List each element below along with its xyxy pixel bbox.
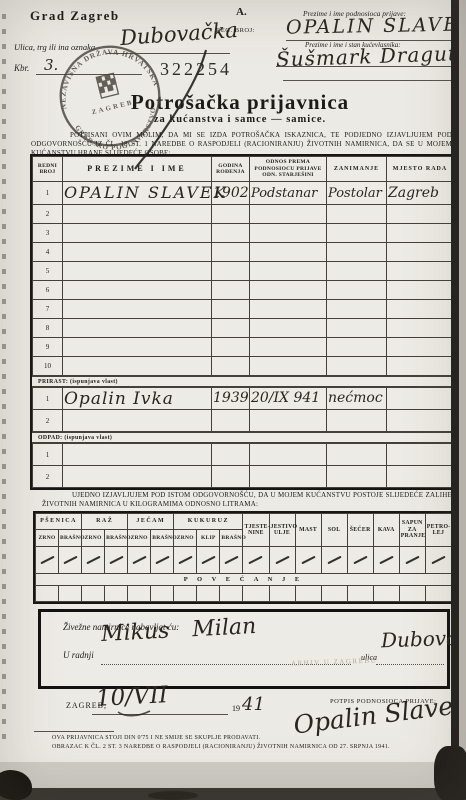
stock-value-cell: [82, 547, 105, 574]
pen-slash-mark: [379, 556, 393, 565]
ration-form-scan: Grad Zagreb A. Prezime i ime podnosioca …: [0, 0, 466, 800]
increase-value-cell: [373, 586, 399, 602]
stock-value-cell: [373, 547, 399, 574]
col-header-godina: GODINA ROĐENJA: [212, 157, 250, 182]
stock-value-cell: [128, 547, 151, 574]
city-title: Grad Zagreb: [30, 8, 120, 24]
occupation-cell: [327, 262, 387, 281]
row-number-cell: 2: [33, 410, 63, 432]
relation-cell: [250, 300, 327, 319]
workplace-cell: [387, 205, 454, 224]
relation-cell: [250, 319, 327, 338]
table-row: 10: [33, 357, 454, 376]
stock-value-cell: [220, 547, 243, 574]
increase-value-cell: [399, 586, 425, 602]
increase-value-cell: [321, 586, 347, 602]
row-number-cell: 4: [33, 243, 63, 262]
purchase-street-rule: [376, 664, 444, 665]
workplace-cell: [387, 319, 454, 338]
relation-cell: 20/IX 941: [250, 388, 327, 410]
supplies-single-header: TJESTE- NINE: [243, 514, 269, 547]
row-number-cell: 9: [33, 338, 63, 357]
col-header-prezime-ime: PREZIME I IME: [63, 157, 212, 182]
table-row: 8: [33, 319, 454, 338]
relation-cell: [250, 410, 327, 432]
supplies-table-main: PŠENICARAŽJEČAMKUKURUZTJESTE- NINEJESTIV…: [35, 513, 452, 602]
supplies-single-header: JESTIVO ULJE: [269, 514, 295, 547]
increase-value-cell: [36, 586, 59, 602]
col-header-zanimanje: ZANIMANJE: [327, 157, 387, 182]
stock-value-cell: [321, 547, 347, 574]
birth-year-cell: [212, 357, 250, 376]
supplies-single-header: MAST: [295, 514, 321, 547]
declaration-paragraph-2: UJEDNO IZJAVLJUJEM POD ISTOM ODGOVORNOŠĆ…: [42, 491, 452, 509]
birth-year-cell: [212, 262, 250, 281]
col-header-redni-broj: REDNI BROJ: [33, 157, 63, 182]
name-cell: [63, 357, 212, 376]
table-row: 6: [33, 281, 454, 300]
date-rule: [92, 714, 228, 715]
occupation-cell: Postolar: [327, 182, 387, 205]
supplies-increase-row: P O V E Ć A N J E: [36, 574, 452, 586]
relation-cell: [250, 205, 327, 224]
stock-value-cell: [151, 547, 174, 574]
supplies-single-header: PETRO- LEJ: [425, 514, 451, 547]
birth-year-cell: [212, 410, 250, 432]
increase-value-cell: [105, 586, 128, 602]
row-number-cell: 8: [33, 319, 63, 338]
supplies-single-header: SOL: [321, 514, 347, 547]
row-number-cell: 6: [33, 281, 63, 300]
birth-year-cell: [212, 243, 250, 262]
row-number-cell: 1: [33, 182, 63, 205]
relation-cell: [250, 243, 327, 262]
occupation-cell: [327, 466, 387, 488]
occupation-cell: [327, 281, 387, 300]
table-row: 7: [33, 300, 454, 319]
supplies-single-header: SAPUN ZA PRANJE: [399, 514, 425, 547]
increase-value-cell: [151, 586, 174, 602]
name-cell: [63, 205, 212, 224]
pen-slash-mark: [40, 556, 54, 565]
stock-value-cell: [425, 547, 451, 574]
scan-blot-bottom-center: [148, 791, 198, 800]
stock-value-cell: [243, 547, 269, 574]
footnote-price: OVA PRIJAVNICA STOJI DIN 0'75 I NE SMIJE…: [52, 735, 260, 741]
occupation-cell: [327, 205, 387, 224]
workplace-cell: [387, 224, 454, 243]
scan-right-margin: [459, 0, 466, 800]
supplies-group-header: JEČAM: [128, 514, 174, 530]
pen-slash-mark: [63, 556, 77, 565]
col-header-mjesto-rada: MJESTO RADA: [387, 157, 454, 182]
supplies-table: PŠENICARAŽJEČAMKUKURUZTJESTE- NINEJESTIV…: [33, 511, 454, 604]
table-row: 2: [33, 410, 454, 432]
occupation-cell: [327, 410, 387, 432]
relation-cell: [250, 444, 327, 466]
landlord-rule-2: [283, 80, 460, 81]
increase-value-cell: [174, 586, 197, 602]
scan-blot-bottom-right: [434, 746, 466, 800]
relation-cell: [250, 338, 327, 357]
col-header-odnos: ODNOS PREMA PODNOSIOCU PRIJAVE ODN. STAR…: [250, 157, 327, 182]
relation-cell: [250, 281, 327, 300]
supplies-sub-header: ZRNO: [128, 530, 151, 547]
stock-value-cell: [399, 547, 425, 574]
birth-year-cell: [212, 300, 250, 319]
occupation-cell: [327, 338, 387, 357]
row-number-cell: 5: [33, 262, 63, 281]
workplace-cell: [387, 338, 454, 357]
pen-slash-mark: [155, 556, 169, 565]
landlord-rule: [276, 66, 461, 67]
reg-number-value: 322254: [160, 59, 232, 80]
increase-value-cell: [220, 586, 243, 602]
scan-left-edge-marks: [2, 14, 6, 744]
occupation-cell: [327, 357, 387, 376]
relation-cell: [250, 224, 327, 243]
workplace-cell: [387, 300, 454, 319]
name-cell: [63, 319, 212, 338]
occupation-cell: [327, 224, 387, 243]
name-cell: [63, 410, 212, 432]
increase-value-cell: [128, 586, 151, 602]
increase-value-cell: [269, 586, 295, 602]
table-row: 4: [33, 243, 454, 262]
odpad-table: 12: [32, 443, 454, 488]
table-row: 2: [33, 466, 454, 488]
coat-of-arms-icon: [96, 73, 118, 98]
birth-year-cell: [212, 319, 250, 338]
pen-slash-mark: [109, 556, 123, 565]
row-number-cell: 1: [33, 388, 63, 410]
occupation-cell: [327, 300, 387, 319]
pen-slash-mark: [86, 556, 100, 565]
increase-value-cell: [197, 586, 220, 602]
row-number-cell: 2: [33, 466, 63, 488]
workplace-cell: [387, 262, 454, 281]
year-printed: 19: [232, 704, 240, 713]
supplies-single-header: ŠEĆER: [347, 514, 373, 547]
occupation-cell: [327, 319, 387, 338]
workplace-cell: [387, 444, 454, 466]
increase-label: P O V E Ć A N J E: [36, 574, 452, 586]
name-cell: [63, 262, 212, 281]
table-row: 1: [33, 444, 454, 466]
pen-slash-mark: [301, 556, 315, 565]
increase-value-cell: [82, 586, 105, 602]
name-cell: [63, 466, 212, 488]
increase-value-cell: [243, 586, 269, 602]
shop-label: U radnji: [63, 650, 94, 660]
house-number-label: Kbr.: [14, 63, 29, 73]
name-cell: [63, 243, 212, 262]
occupation-cell: nećmoc: [327, 388, 387, 410]
table-row: 1Opalin Ivka193920/IX 941nećmoc: [33, 388, 454, 410]
supplies-group-header: PŠENICA: [36, 514, 82, 530]
supplies-sub-header: ZRNO: [174, 530, 197, 547]
table-row: 3: [33, 224, 454, 243]
occupation-cell: [327, 243, 387, 262]
row-number-cell: 7: [33, 300, 63, 319]
household-header-row: REDNI BROJ PREZIME I IME GODINA ROĐENJA …: [33, 157, 454, 182]
workplace-cell: [387, 388, 454, 410]
pen-slash-mark: [275, 556, 289, 565]
table-row: 9: [33, 338, 454, 357]
workplace-cell: [387, 357, 454, 376]
year-handwritten: 41: [242, 694, 265, 715]
name-cell: [63, 281, 212, 300]
workplace-cell: [387, 410, 454, 432]
stock-value-cell: [36, 547, 59, 574]
relation-cell: Podstanar: [250, 182, 327, 205]
birth-year-cell: [212, 444, 250, 466]
name-cell: [63, 338, 212, 357]
applicant-name-handwritten: OPALIN SLAVEK: [286, 13, 466, 38]
household-table: REDNI BROJ PREZIME I IME GODINA ROĐENJA …: [30, 154, 455, 490]
pen-slash-mark: [431, 556, 445, 565]
pen-slash-mark: [224, 556, 238, 565]
increase-value-cell: [347, 586, 373, 602]
prirast-table: 1Opalin Ivka193920/IX 941nećmoc2: [32, 387, 454, 432]
name-cell: [63, 224, 212, 243]
supplies-empty-row: [36, 586, 452, 602]
form-corner-letter: A.: [236, 6, 247, 18]
footnote-regulation: OBRAZAC K ČL. 2 ST. 3 NAREDBE O RASPODJE…: [52, 744, 390, 750]
supplies-group-header: RAŽ: [82, 514, 128, 530]
purchase-box: Živežne namirnice nabavljat ću: Mikus Mi…: [38, 609, 450, 689]
supplies-single-header: KAVA: [373, 514, 399, 547]
shop-name-handwritten: Mikus Milan: [100, 614, 256, 647]
name-cell: Opalin Ivka: [63, 388, 212, 410]
birth-year-cell: [212, 338, 250, 357]
stock-value-cell: [295, 547, 321, 574]
date-handwritten: 10/VII: [95, 682, 168, 712]
workplace-cell: [387, 466, 454, 488]
increase-value-cell: [425, 586, 451, 602]
supplies-sub-header: KLIP: [197, 530, 220, 547]
stock-value-cell: [347, 547, 373, 574]
signature-handwritten: Opalin Slavek: [292, 689, 466, 739]
svg-text:ZAGREB: ZAGREB: [91, 99, 134, 116]
odpad-section-label: ODPAD: (ispunjava vlast): [32, 432, 453, 443]
scan-right-edge: [451, 0, 459, 800]
table-row: 1OPALIN SLAVEK1902PodstanarPostolarZagre…: [33, 182, 454, 205]
increase-value-cell: [295, 586, 321, 602]
supplies-sub-header: ZRNO: [82, 530, 105, 547]
stock-value-cell: [174, 547, 197, 574]
table-row: 2: [33, 205, 454, 224]
workplace-cell: Zagreb: [387, 182, 454, 205]
row-number-cell: 2: [33, 205, 63, 224]
pen-slash-mark: [405, 556, 419, 565]
row-number-cell: 3: [33, 224, 63, 243]
supplies-group-header: KUKURUZ: [174, 514, 243, 530]
workplace-cell: [387, 243, 454, 262]
supplies-sub-header: BRAŠNO: [105, 530, 128, 547]
pen-slash-mark: [353, 556, 367, 565]
supplies-header-groups: PŠENICARAŽJEČAMKUKURUZTJESTE- NINEJESTIV…: [36, 514, 452, 530]
relation-cell: [250, 262, 327, 281]
supplies-sub-header: BRAŠNO: [220, 530, 243, 547]
archive-stamp-faint: ARHIV U ZAGREBU: [291, 656, 377, 667]
birth-year-cell: [212, 466, 250, 488]
table-row: 5: [33, 262, 454, 281]
supplies-stock-row: [36, 547, 452, 574]
stock-value-cell: [269, 547, 295, 574]
household-table-main: REDNI BROJ PREZIME I IME GODINA ROĐENJA …: [32, 156, 454, 376]
birth-year-cell: [212, 224, 250, 243]
supplies-sub-header: BRAŠNO: [151, 530, 174, 547]
name-cell: [63, 300, 212, 319]
pen-slash-mark: [201, 556, 215, 565]
stock-value-cell: [197, 547, 220, 574]
pen-slash-mark: [249, 556, 263, 565]
name-cell: OPALIN SLAVEK: [63, 182, 212, 205]
supplies-sub-header: BRAŠNO: [59, 530, 82, 547]
row-number-cell: 1: [33, 444, 63, 466]
notes-separator-rule: [34, 731, 114, 732]
birth-year-cell: [212, 281, 250, 300]
supplies-sub-header: ZRNO: [36, 530, 59, 547]
occupation-cell: [327, 444, 387, 466]
relation-cell: [250, 466, 327, 488]
name-cell: [63, 444, 212, 466]
workplace-cell: [387, 281, 454, 300]
scan-bottom-edge: [0, 788, 466, 800]
birth-year-cell: 1939: [212, 388, 250, 410]
row-number-cell: 10: [33, 357, 63, 376]
birth-year-cell: [212, 205, 250, 224]
pen-slash-mark: [327, 556, 341, 565]
stock-value-cell: [105, 547, 128, 574]
relation-cell: [250, 357, 327, 376]
increase-value-cell: [59, 586, 82, 602]
pen-slash-mark: [178, 556, 192, 565]
prirast-section-label: PRIRAST: (ispunjava vlast): [32, 376, 453, 387]
pen-slash-mark: [132, 556, 146, 565]
stock-value-cell: [59, 547, 82, 574]
